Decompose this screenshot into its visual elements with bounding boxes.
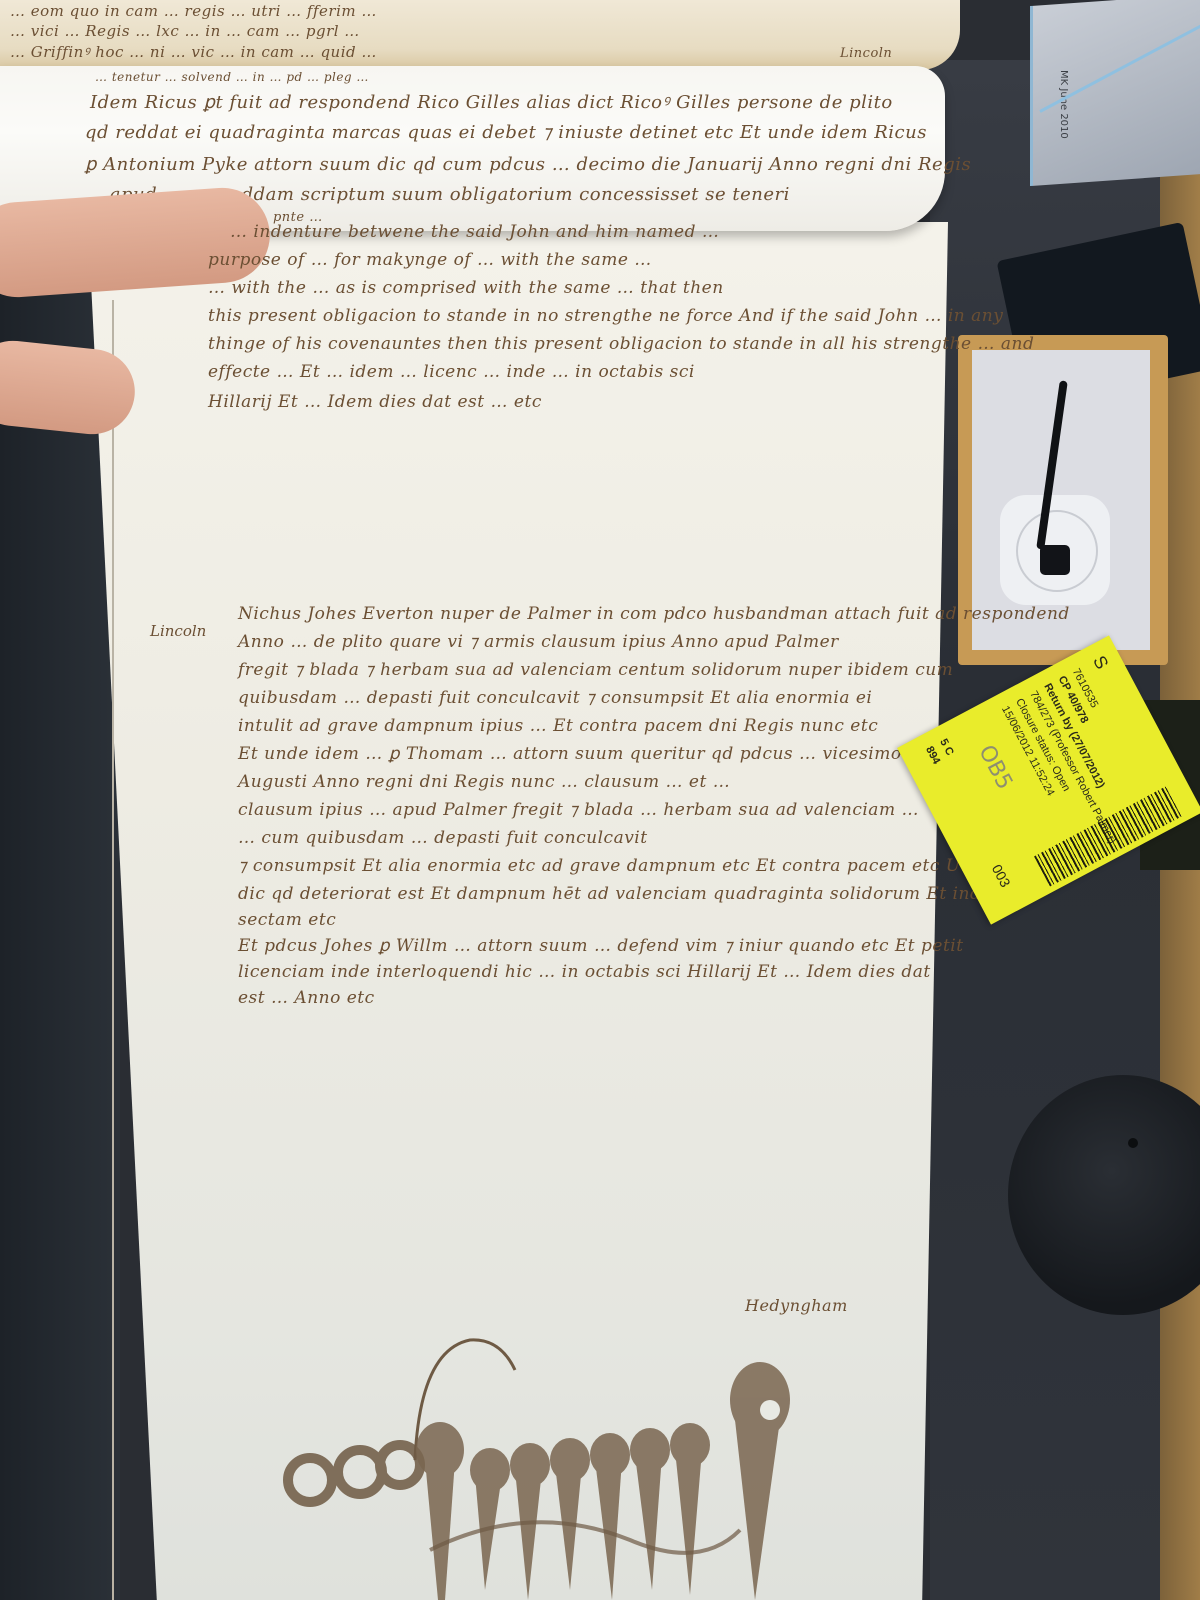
text-line: thinge of his covenauntes then this pres… (208, 334, 1034, 354)
slip-location-code: 5 C (937, 737, 956, 758)
membrane-edge (112, 300, 114, 1600)
roll-text-line: ꝑ Antonium Pyke attorn suum dic qd cum p… (85, 154, 971, 175)
text-line: dic qd deteriorat est Et dampnum hēt ad … (238, 884, 1042, 904)
text-line: Augusti Anno regni dni Regis nunc … clau… (238, 772, 730, 792)
text-line: Nichus Johes Everton nuper de Palmer in … (238, 604, 1070, 624)
text-line: this present obligacion to stande in no … (208, 306, 1003, 326)
slip-pencil-mark: OB5 (973, 741, 1017, 794)
roll-text-line: … vici … Regis … lxc … in … cam … pgrl … (10, 22, 360, 40)
county-margin-label: Lincoln (150, 622, 206, 640)
roll-margin-note: Lincoln (840, 46, 892, 61)
sign-card-text: MK June 2010 (1058, 70, 1069, 139)
roll-text-line: … eom quo in cam … regis … utri … fferim… (10, 2, 377, 20)
acrylic-sign-stand (1030, 0, 1200, 186)
lamp-base-hole (1128, 1138, 1138, 1148)
roll-text-line: … Griffinꝰ hoc … ni … vic … in cam … qui… (10, 42, 377, 62)
text-line: quibusdam … depasti fuit conculcavit ⁊ c… (238, 688, 872, 708)
roll-text-line: qd reddat ei quadraginta marcas quas ei … (85, 122, 927, 143)
text-line: … indenture betwene the said John and hi… (230, 222, 719, 242)
text-line: … cum quibusdam … depasti fuit conculcav… (238, 828, 648, 848)
text-line: purpose of … for makynge of … with the s… (208, 250, 652, 270)
roll-text-line: Idem Ricus ꝑt fuit ad respondend Rico Gi… (90, 90, 893, 114)
text-line: licenciam inde interloquendi hic … in oc… (238, 962, 931, 982)
text-line: fregit ⁊ blada ⁊ herbam sua ad valenciam… (238, 660, 953, 680)
slip-barcode-suffix: 003 (989, 862, 1014, 890)
text-line: effecte … Et … idem … licenc … inde … in… (208, 362, 695, 382)
text-line: clausum ipius … apud Palmer fregit ⁊ bla… (238, 800, 919, 820)
text-line: ⁊ consumpsit Et alia enormia etc ad grav… (238, 856, 994, 876)
slip-tag-letter: S (1088, 652, 1112, 672)
text-line: Et pdcus Johes ꝑ Willm … attorn suum … d… (238, 936, 964, 956)
text-line: Et unde idem … ꝑ Thomam … attorn suum qu… (238, 744, 935, 764)
roll-header-line: … tenetur … solvend … in … pd … pleg … (95, 70, 369, 84)
text-line: sectam etc (238, 910, 336, 930)
text-line: est … Anno etc (238, 988, 375, 1008)
text-line: intulit ad grave dampnum ipius … Et cont… (238, 716, 878, 736)
mouse (1040, 545, 1070, 575)
decorative-signature-flourish (280, 1300, 800, 1600)
text-line: Anno … de plito quare vi ⁊ armis clausum… (238, 632, 839, 652)
text-line: … with the … as is comprised with the sa… (208, 278, 724, 298)
upper-roll: … eom quo in cam … regis … utri … fferim… (0, 0, 960, 70)
text-line: Hillarij Et … Idem dies dat est … etc (208, 392, 542, 412)
